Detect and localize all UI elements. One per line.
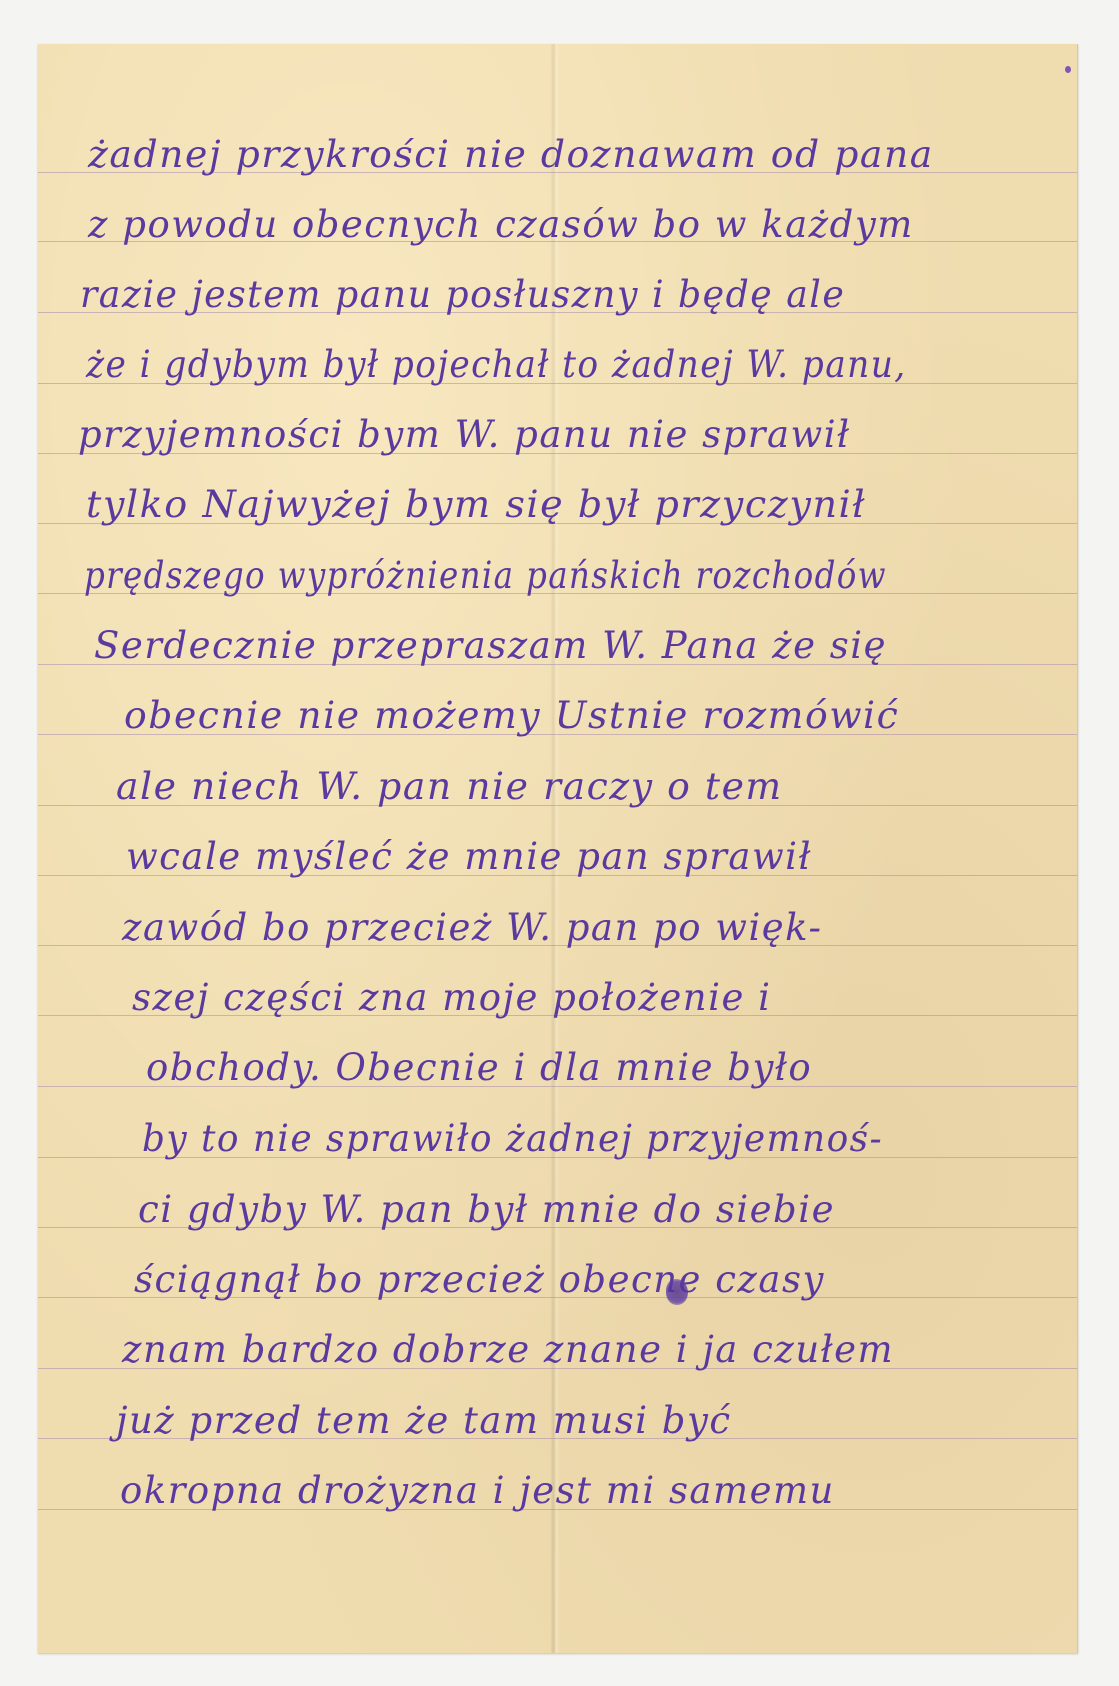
handwritten-line: razie jestem panu posłuszny i będę ale [80, 276, 845, 313]
letter-page: żadnej przykrości nie doznawam od pana z… [38, 44, 1078, 1653]
handwritten-text: żadnej przykrości nie doznawam od pana z… [38, 44, 1077, 1653]
handwritten-line: prędszego wypróżnienia pańskich rozchodó… [84, 557, 887, 594]
handwritten-line: obecnie nie możemy Ustnie rozmówić [124, 697, 899, 734]
handwritten-line: ci gdyby W. pan był mnie do siebie [138, 1191, 835, 1228]
handwritten-line: z powodu obecnych czasów bo w każdym [88, 206, 914, 243]
handwritten-line: tylko Najwyżej bym się był przyczynił [86, 486, 866, 523]
handwritten-line: obchody. Obecnie i dla mnie było [146, 1049, 812, 1086]
handwritten-line: Serdecznie przepraszam W. Pana że się [94, 627, 887, 664]
handwritten-line: ściągnął bo przecież obecne czasy [134, 1261, 825, 1298]
handwritten-line: szej części zna moje położenie i [132, 979, 771, 1016]
handwritten-line: przyjemności bym W. panu nie sprawił [78, 416, 851, 453]
handwritten-line: wcale myśleć że mnie pan sprawił [126, 838, 812, 875]
handwritten-line: znam bardzo dobrze znane i ja czułem [122, 1331, 894, 1368]
handwritten-line: okropna drożyzna i jest mi samemu [120, 1472, 835, 1509]
handwritten-line: zawód bo przecież W. pan po więk- [122, 909, 822, 946]
handwritten-line: ale niech W. pan nie raczy o tem [116, 768, 783, 805]
handwritten-line: że i gdybym był pojechał to żadnej W. pa… [86, 346, 907, 383]
handwritten-line: żadnej przykrości nie doznawam od pana [88, 136, 934, 173]
ink-blot [666, 1279, 688, 1305]
handwritten-line: już przed tem że tam musi być [116, 1402, 732, 1439]
handwritten-line: by to nie sprawiło żadnej przyjemnoś- [142, 1120, 883, 1157]
